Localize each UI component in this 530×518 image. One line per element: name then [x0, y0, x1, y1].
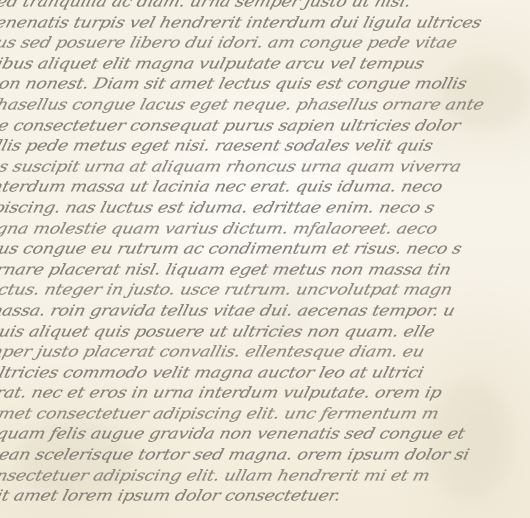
script-line: pibus aliquet elit magna vulputate arcu …	[0, 55, 530, 73]
script-line: ae consectetuer consequat purus sapien u…	[0, 117, 530, 135]
script-line: erat. nec et eros in urna interdum vulpu…	[0, 385, 530, 403]
script-line: liquam felis augue gravida non venenatis…	[0, 426, 530, 444]
script-line: ous congue eu rutrum ac condimentum et r…	[0, 241, 530, 259]
script-line: quis aliquet quis posuere ut ultricies n…	[0, 323, 530, 341]
script-line: rus sed posuere libero dui idori. am con…	[0, 35, 530, 53]
script-line: us suscipit urna at aliquam rhoncus urna…	[0, 158, 530, 176]
script-line: agna molestie quam varius dictum. mfalao…	[0, 220, 530, 238]
script-line: venenatis turpis vel hendrerit interdum …	[0, 14, 530, 32]
script-line: onsectetuer adipiscing elit. ullam hendr…	[0, 467, 530, 485]
cursive-script-block: sed tranquilla ac diam. urna semper just…	[0, 0, 530, 507]
script-line: interdum massa ut lacinia nec erat. quis…	[0, 179, 530, 197]
script-line: actus. nteger in justo. usce rutrum. unc…	[0, 282, 530, 300]
script-line: nean scelerisque tortor sed magna. orem …	[0, 447, 530, 465]
script-line: massa. roin gravida tellus vitae dui. ae…	[0, 302, 530, 320]
script-line: ollis pede metus eget nisi. raesent soda…	[0, 138, 530, 156]
script-line: sed tranquilla ac diam. urna semper just…	[0, 0, 530, 11]
script-line: ornare placerat nisl. liquam eget metus …	[0, 261, 530, 279]
script-line: sit amet lorem ipsum dolor consectetuer.	[0, 488, 530, 506]
script-line: phasellus congue lacus eget neque. phase…	[0, 96, 530, 114]
script-line: ultricies commodo velit magna auctor leo…	[0, 364, 530, 382]
handwritten-paper-texture: sed tranquilla ac diam. urna semper just…	[0, 0, 530, 518]
script-line: amet consectetuer adipiscing elit. unc f…	[0, 405, 530, 423]
script-line: ipiscing. nas luctus est iduma. edrittae…	[0, 199, 530, 217]
script-line: non nonest. Diam sit amet lectus quis es…	[0, 76, 530, 94]
script-line: mper justo placerat convallis. ellentesq…	[0, 344, 530, 362]
